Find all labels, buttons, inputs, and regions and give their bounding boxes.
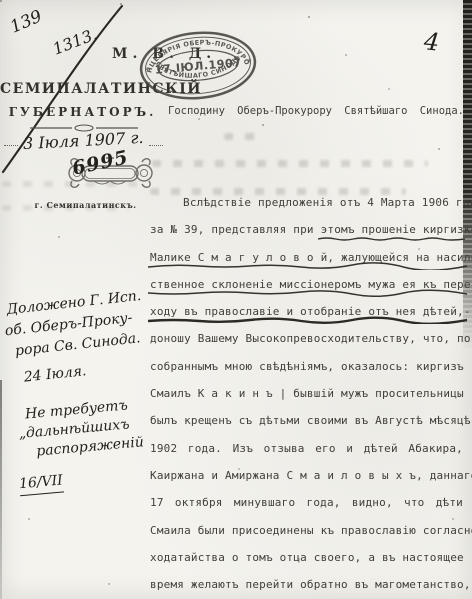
bleed-through-smudge bbox=[152, 160, 428, 167]
body-line: Вслѣдствіе предложенія отъ 4 Марта 1906 … bbox=[150, 189, 463, 216]
ink-underline bbox=[148, 289, 467, 297]
body-line: 1902 года. Изъ отзыва его и дѣтей Абакир… bbox=[150, 435, 463, 462]
body-line: былъ крещенъ съ дѣтьми своими въ Августѣ… bbox=[150, 407, 463, 434]
body-line: собраннымъ мною свѣдѣніямъ, оказалось: к… bbox=[150, 353, 463, 380]
body-line: ходатайства о томъ отца своего, а въ нас… bbox=[150, 544, 463, 571]
body-line: доношу Вашему Высокопревосходительству, … bbox=[150, 325, 463, 352]
body-line: ственное склоненіе миссіонеромъ мужа ея … bbox=[150, 271, 463, 298]
scanned-letter-page: 139 1313. 4 М. В. Д. СЕМИПАЛАТИНСКІЙ ГУБ… bbox=[0, 0, 472, 599]
dotted-leader bbox=[149, 135, 163, 146]
body-line: ходу въ православіе и отобраніе отъ нея … bbox=[150, 298, 463, 325]
margin-note-reported: Доложено Г. Исп. об. Оберъ-Проку- рора С… bbox=[6, 284, 165, 389]
body-line: Малике С м а г у л о в о й, жалующейся н… bbox=[150, 244, 463, 271]
stamp-star-right: * bbox=[247, 58, 253, 68]
chancery-date-stamp: КАНЦЕЛЯРІЯ ОБЕРЪ-ПРОКУРОРА СВЯТѢЙШАГО СИ… bbox=[134, 25, 262, 106]
bleed-through-smudge bbox=[224, 133, 266, 140]
date-line: 3 Іюля 1907 г. bbox=[4, 131, 163, 150]
body-line: Смаила были присоединены къ православію … bbox=[150, 517, 463, 544]
body-line: Каиржана и Амиржана С м а и л о в ы х ъ,… bbox=[150, 462, 463, 489]
ink-underline bbox=[148, 316, 467, 324]
dotted-leader bbox=[4, 135, 18, 146]
ink-underline bbox=[148, 262, 467, 270]
body-line: время желаютъ перейти обратно въ магомет… bbox=[150, 571, 463, 598]
letter-body: Вслѣдствіе предложенія отъ 4 Марта 1906 … bbox=[150, 189, 463, 598]
body-line: Смаилъ К а к и н ъ | бывшій мужъ просите… bbox=[150, 380, 463, 407]
body-line: за № 39, представляя при этомъ прошеніе … bbox=[150, 216, 463, 243]
salutation-line: Господину Оберъ-Прокурору Святѣйшаго Син… bbox=[168, 105, 464, 117]
page-number: 4 bbox=[423, 27, 441, 56]
ink-underline bbox=[318, 235, 465, 243]
margin-note-date: 16/VII bbox=[18, 471, 63, 496]
letterhead-city: г. Семипалатинскъ. bbox=[28, 200, 143, 210]
body-line: 17 октября минувшаго года, видно, что дѣ… bbox=[150, 489, 463, 516]
left-scan-edge bbox=[0, 380, 2, 599]
governor-office-line2: ГУБЕРНАТОРЪ. bbox=[0, 105, 165, 119]
binding-edge-strip bbox=[463, 0, 472, 350]
margin-note-no-further-orders: Не требуетъ „дальнѣйшихъ распоряженій 16… bbox=[10, 394, 167, 497]
